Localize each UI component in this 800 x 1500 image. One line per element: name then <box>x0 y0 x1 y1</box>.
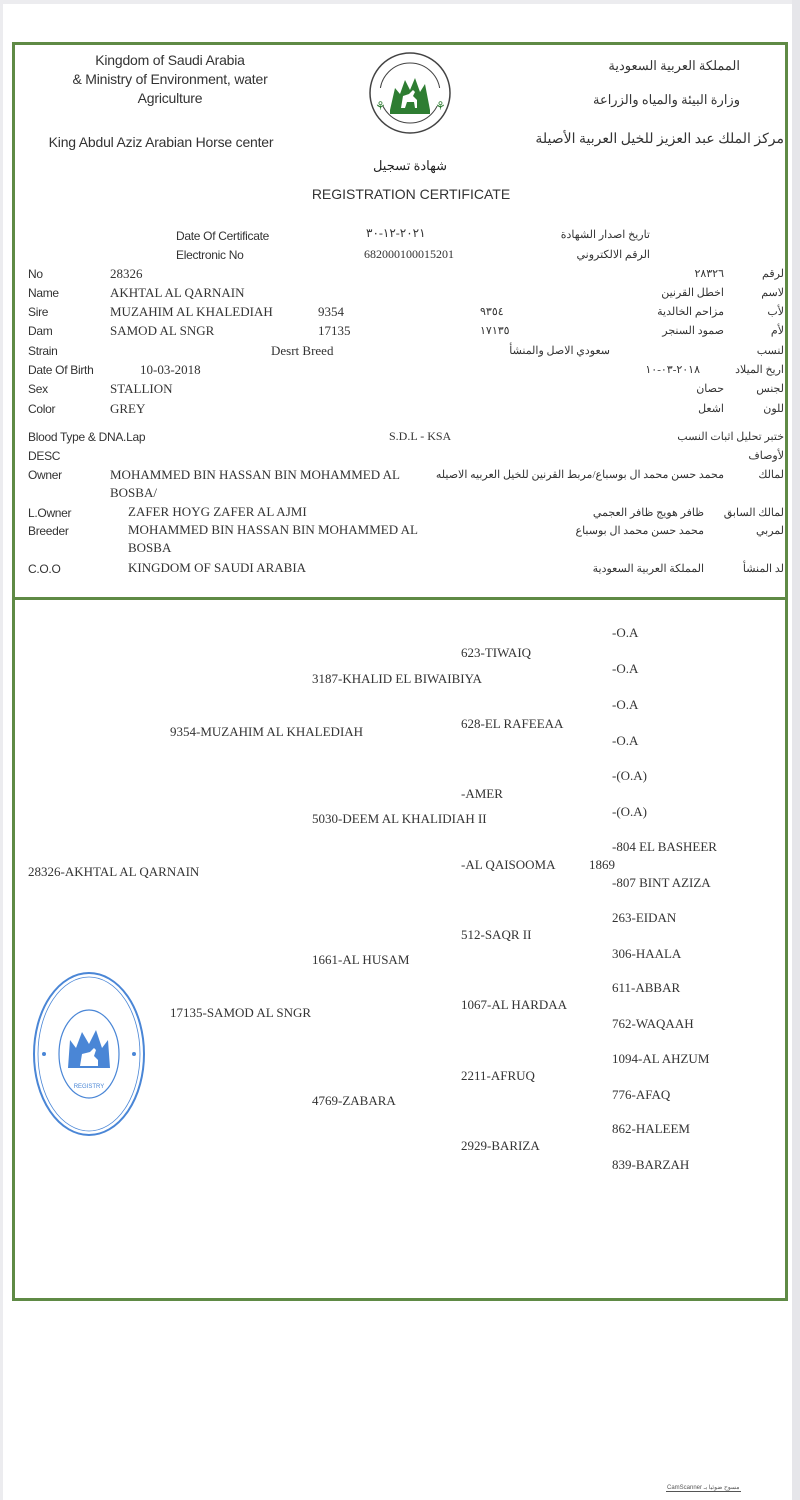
breeder-label-ar: لمربي <box>756 524 784 537</box>
header-english: Kingdom of Saudi Arabia & Ministry of En… <box>40 52 300 106</box>
breeder-label: Breeder <box>28 524 69 538</box>
dob-value-ar: ٢٠١٨-٠٣-١٠ <box>645 363 700 376</box>
pedigree-gen3-7: 2211-AFRUQ <box>461 1068 535 1084</box>
camscanner-badge: CamScanner مسوح ضوئيا بـ <box>666 1484 741 1492</box>
no-value: 28326 <box>110 266 143 282</box>
pedigree-gen4-10: 306-HAALA <box>612 946 681 962</box>
coo-value-ar: المملكة العربية السعودية <box>593 562 704 575</box>
title-arabic: شهادة تسجيل <box>370 158 450 174</box>
pedigree-gen2-1: 3187-KHALID EL BIWAIBIYA <box>312 671 482 687</box>
header-arabic-line-1: المملكة العربية السعودية <box>608 58 740 74</box>
pedigree-gen4-5: -(O.A) <box>612 768 647 784</box>
title-english: REGISTRATION CERTIFICATE <box>300 186 522 202</box>
color-value: GREY <box>110 401 145 417</box>
pedigree-gen4-7: -804 EL BASHEER <box>612 839 717 855</box>
pedigree-gen3-5: 512-SAQR II <box>461 927 531 943</box>
color-label-ar: للون <box>763 402 784 415</box>
dam-number-ar: ١٧١٣٥ <box>480 324 510 337</box>
color-label: Color <box>28 402 55 416</box>
dam-number: 17135 <box>318 323 351 339</box>
horse-emblem-icon: ⚘ ⚘ <box>357 48 463 154</box>
sire-value: MUZAHIM AL KHALEDIAH <box>110 304 273 320</box>
pedigree-gen4-8: -807 BINT AZIZA <box>612 875 711 891</box>
blood-type-value: S.D.L - KSA <box>389 429 451 444</box>
sire-label-ar: لأب <box>767 305 784 318</box>
electronic-no-label-ar: الرقم الالكتروني <box>577 248 651 261</box>
date-of-certificate-value: ٢٠٢١-١٢-٣٠ <box>366 226 426 241</box>
no-label: No <box>28 267 43 281</box>
pedigree-sire: 9354-MUZAHIM AL KHALEDIAH <box>170 724 363 740</box>
registry-stamp-icon: REGISTRY <box>30 970 148 1138</box>
page-right-edge <box>792 0 800 1500</box>
strain-label-ar: لنسب <box>757 344 784 357</box>
pedigree-gen4-15: 862-HALEEM <box>612 1121 690 1137</box>
last-owner-label-ar: لمالك السابق <box>724 506 784 519</box>
breeder-value-ar: محمد حسن محمد ال بوسباع <box>576 524 704 537</box>
strain-value-ar: سعودي الاصل والمنشأ <box>509 344 610 357</box>
sire-value-ar: مزاحم الخالدية <box>657 305 724 318</box>
header-line-2: & Ministry of Environment, water <box>40 71 300 87</box>
owner-label: Owner <box>28 468 62 482</box>
coo-label-ar: لد المنشأ <box>743 562 784 575</box>
sex-label: Sex <box>28 382 48 396</box>
page-top-edge <box>0 0 800 4</box>
pedigree-gen3-extra: 1869 <box>589 857 615 873</box>
pedigree-gen4-12: 762-WAQAAH <box>612 1016 694 1032</box>
center-name-ar: مركز الملك عبد العزيز للخيل العربية الأص… <box>535 131 784 148</box>
owner-value-line-1: MOHAMMED BIN HASSAN BIN MOHAMMED AL <box>110 467 400 483</box>
coo-label: C.O.O <box>28 562 61 576</box>
name-value: AKHTAL AL QARNAIN <box>110 285 244 301</box>
breeder-value-line-2: BOSBA <box>128 540 171 556</box>
coo-value: KINGDOM OF SAUDI ARABIA <box>128 560 306 576</box>
last-owner-value: ZAFER HOYG ZAFER AL AJMI <box>128 504 307 520</box>
pedigree-gen4-16: 839-BARZAH <box>612 1157 689 1173</box>
electronic-no-label: Electronic No <box>176 248 243 262</box>
pedigree-dam: 17135-SAMOD AL SNGR <box>170 1005 311 1021</box>
sex-value: STALLION <box>110 381 173 397</box>
desc-label-ar: لأوصاف <box>748 449 784 462</box>
dam-value-ar: صمود السنجر <box>662 324 724 337</box>
breeder-value-line-1: MOHAMMED BIN HASSAN BIN MOHAMMED AL <box>128 522 418 538</box>
dam-value: SAMOD AL SNGR <box>110 323 214 339</box>
pedigree-gen4-6: -(O.A) <box>612 804 647 820</box>
name-value-ar: اخطل القرنين <box>661 286 724 299</box>
pedigree-gen4-3: -O.A <box>612 697 638 713</box>
pedigree-gen4-4: -O.A <box>612 733 638 749</box>
blood-type-label: Blood Type & DNA.Lap <box>28 430 145 444</box>
strain-label: Strain <box>28 344 58 358</box>
header-line-3: Agriculture <box>40 90 300 106</box>
blood-type-label-ar: ختبر تحليل اثبات النسب <box>677 430 784 443</box>
sire-number: 9354 <box>318 304 344 320</box>
desc-label: DESC <box>28 449 60 463</box>
svg-text:⚘: ⚘ <box>435 99 446 113</box>
name-label-ar: لاسم <box>761 286 784 299</box>
svg-text:⚘: ⚘ <box>375 99 386 113</box>
last-owner-value-ar: ظافر هويج ظافر العجمي <box>593 506 704 519</box>
pedigree-gen3-1: 623-TIWAIQ <box>461 645 531 661</box>
sex-label-ar: لجنس <box>756 382 784 395</box>
dam-label-ar: لأم <box>771 324 784 337</box>
section-divider <box>12 597 788 600</box>
name-label: Name <box>28 286 59 300</box>
owner-value-line-2: BOSBA/ <box>110 485 157 501</box>
pedigree-gen4-1: -O.A <box>612 625 638 641</box>
pedigree-gen4-11: 611-ABBAR <box>612 980 680 996</box>
dob-value: 10-03-2018 <box>140 362 201 378</box>
pedigree-gen3-4: -AL QAISOOMA <box>461 857 556 873</box>
pedigree-gen2-4: 4769-ZABARA <box>312 1093 396 1109</box>
pedigree-gen3-2: 628-EL RAFEEAA <box>461 716 563 732</box>
strain-value: Desrt Breed <box>271 343 333 359</box>
page-left-edge <box>0 0 3 1500</box>
date-of-certificate-label-ar: تاريخ اصدار الشهادة <box>561 228 650 241</box>
dob-label: Date Of Birth <box>28 363 93 377</box>
pedigree-gen4-2: -O.A <box>612 661 638 677</box>
sire-label: Sire <box>28 305 48 319</box>
dam-label: Dam <box>28 324 52 338</box>
no-label-ar: لرقم <box>762 267 784 280</box>
pedigree-gen3-8: 2929-BARIZA <box>461 1138 540 1154</box>
center-name-en: King Abdul Aziz Arabian Horse center <box>40 134 282 150</box>
owner-label-ar: لمالك <box>758 468 784 481</box>
pedigree-gen4-14: 776-AFAQ <box>612 1087 670 1103</box>
pedigree-gen3-3: -AMER <box>461 786 503 802</box>
header-line-1: Kingdom of Saudi Arabia <box>40 52 300 68</box>
date-of-certificate-label: Date Of Certificate <box>176 229 269 243</box>
svg-text:REGISTRY: REGISTRY <box>74 1084 105 1090</box>
owner-value-ar: محمد حسن محمد ال بوسباع/مربط القرنين للخ… <box>436 468 724 481</box>
header-arabic-line-2: وزارة البيئة والمياه والزراعة <box>593 92 740 108</box>
sex-value-ar: حصان <box>696 382 724 395</box>
last-owner-label: L.Owner <box>28 506 71 520</box>
dob-label-ar: اريخ الميلاد <box>735 363 784 376</box>
pedigree-gen2-3: 1661-AL HUSAM <box>312 952 409 968</box>
color-value-ar: اشعل <box>698 402 724 415</box>
sire-number-ar: ٩٣٥٤ <box>480 305 504 318</box>
electronic-no-value: 682000100015201 <box>364 247 454 262</box>
pedigree-gen4-13: 1094-AL AHZUM <box>612 1051 709 1067</box>
pedigree-gen3-6: 1067-AL HARDAA <box>461 997 567 1013</box>
pedigree-gen2-2: 5030-DEEM AL KHALIDIAH II <box>312 811 487 827</box>
pedigree-gen4-9: 263-EIDAN <box>612 910 676 926</box>
pedigree-horse: 28326-AKHTAL AL QARNAIN <box>28 864 199 880</box>
no-value-ar: ٢٨٣٢٦ <box>694 267 724 280</box>
